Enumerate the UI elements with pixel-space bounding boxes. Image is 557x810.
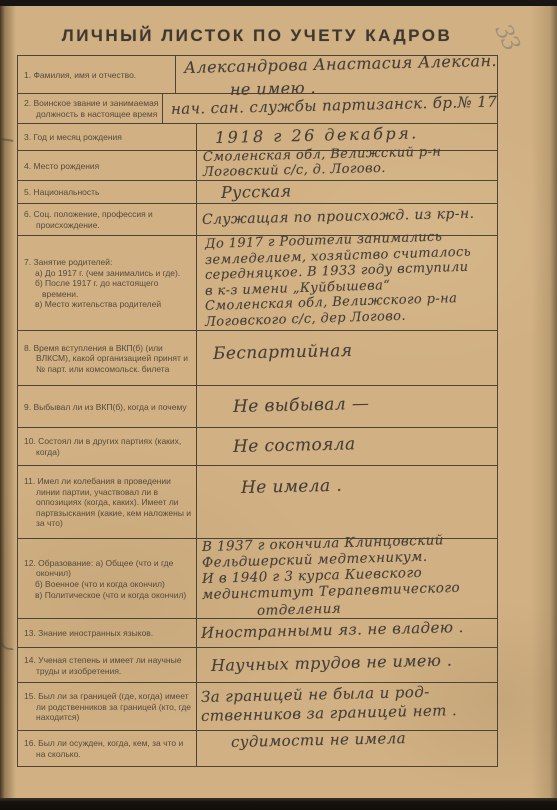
handwritten-answer: В 1937 г окончила Клинцовский Фельдшерск… [197,539,497,618]
field-label: 6. Соц. положение, профессия и происхожд… [18,204,197,235]
field-label: 10. Состоял ли в других партиях (каких, … [18,428,197,465]
handwritten-answer: судимости не имела [197,731,497,766]
table-row: 5. Национальность Русская [18,181,497,204]
handwritten-answer: нач. сан. службы партизанск. бр.№ 17 [163,94,497,123]
table-row: 8. Время вступления в ВКП(б) (или ВЛКСМ)… [18,331,497,386]
handwritten-answer: Научных трудов не имею . [197,648,497,682]
field-label: 7. Занятие родителей: а) До 1917 г. (чем… [18,236,197,330]
form-title: ЛИЧНЫЙ ЛИСТОК ПО УЧЕТУ КАДРОВ [17,26,497,46]
scan-edge-top [0,0,557,6]
table-row: 14. Ученая степень и имеет ли научные тр… [18,648,497,683]
field-label: 9. Выбывал ли из ВКП(б), когда и почему [18,386,197,427]
field-label: 13. Знание иностранных языков. [18,619,197,647]
handwritten-answer: Беспартийная [197,331,497,385]
field-label: 2. Воинское звание и занимаемая должност… [18,94,163,123]
field-label: 3. Год и месяц рождения [18,124,197,150]
table-row: 11. Имел ли колебания в проведении линии… [18,466,497,539]
field-label: 5. Национальность [18,181,197,203]
handwritten-answer: До 1917 г Родители занимались земледелие… [197,236,497,330]
handwritten-answer: За границей не была и род- ственников за… [197,683,497,730]
field-label: 11. Имел ли колебания в проведении линии… [18,466,197,538]
table-row: 12. Образование: а) Общее (что и где око… [18,539,497,619]
table-row: 13. Знание иностранных языков. Иностранн… [18,619,497,648]
handwritten-answer: Иностранными яз. не владею . [197,619,497,647]
field-label: 8. Время вступления в ВКП(б) (или ВЛКСМ)… [18,331,197,385]
table-row: 15. Был ли за границей (где, когда) имее… [18,683,497,731]
table-row: 7. Занятие родителей: а) До 1917 г. (чем… [18,236,497,331]
handwritten-answer: Не выбывал — [197,386,497,427]
table-row: 16. Был ли осужден, когда, кем, за что и… [18,731,497,766]
handwritten-answer: Не состояла [197,428,497,465]
field-label: 15. Был ли за границей (где, когда) имее… [18,683,197,730]
table-row: 10. Состоял ли в других партиях (каких, … [18,428,497,466]
table-row: 4. Место рождения Смоленская обл, Велижс… [18,151,497,181]
table-row: 2. Воинское звание и занимаемая должност… [18,94,497,124]
field-label: 12. Образование: а) Общее (что и где око… [18,539,197,618]
personnel-form-table: 1. Фамилия, имя и отчество. Александрова… [17,55,498,767]
scan-edge-bottom [0,798,557,810]
pencil-mark [0,636,14,650]
handwritten-answer: Не имела . [197,466,497,538]
field-label: 1. Фамилия, имя и отчество. [18,56,176,93]
field-label: 16. Был ли осужден, когда, кем, за что и… [18,731,197,766]
field-label: 4. Место рождения [18,151,197,180]
handwritten-answer: Александрова Анастасия Алексан. не имею … [176,56,497,93]
table-row: 9. Выбывал ли из ВКП(б), когда и почему … [18,386,497,428]
handwritten-answer: Русская [197,181,497,203]
pencil-mark [0,129,14,142]
scanned-document: ЛИЧНЫЙ ЛИСТОК ПО УЧЕТУ КАДРОВ 33 1. Фами… [0,0,557,810]
handwritten-answer: Смоленская обл, Велижский р-н Логовский … [197,151,497,180]
table-row: 1. Фамилия, имя и отчество. Александрова… [18,56,497,94]
field-label: 14. Ученая степень и имеет ли научные тр… [18,648,197,682]
